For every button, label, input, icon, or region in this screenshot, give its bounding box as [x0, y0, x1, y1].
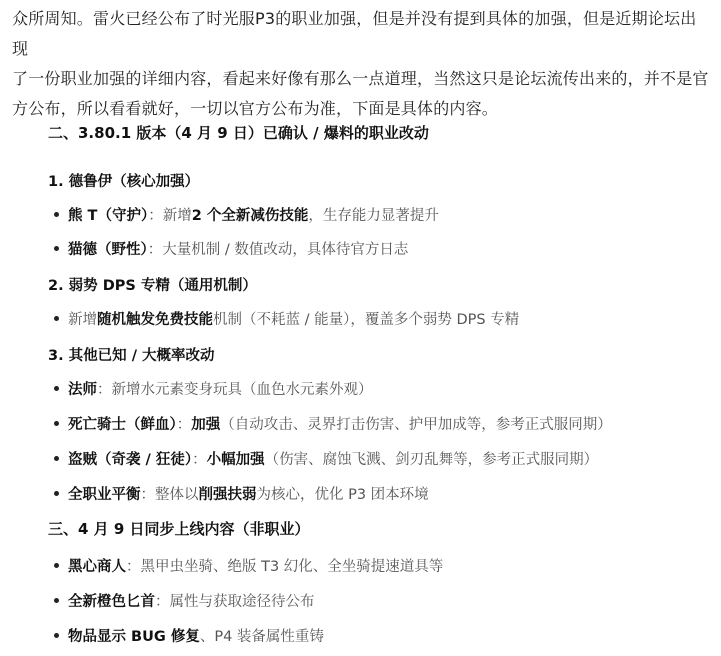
section-2-heading: 二、3.80.1 版本（4 月 9 日）已确认 / 爆料的职业改动: [48, 122, 429, 143]
intro-paragraph: 众所周知。雷火已经公布了时光服P3的职业加强，但是并没有提到具体的加强，但是近期…: [12, 4, 712, 124]
bullet-icon: [54, 598, 59, 603]
list-item: 黑心商人：黑甲虫坐骑、绝版 T3 幻化、全坐骑提速道具等: [54, 555, 443, 576]
list-item: 新增随机触发免费技能机制（不耗蓝 / 能量），覆盖多个弱势 DPS 专精: [54, 308, 519, 329]
bullet-icon: [54, 491, 59, 496]
section-3-heading: 三、4 月 9 日同步上线内容（非职业）: [48, 518, 310, 539]
list-item: 猫德（野性）：大量机制 / 数值改动，具体待官方日志: [54, 238, 408, 259]
list-item: 全职业平衡：整体以削强扶弱为核心，优化 P3 团本环境: [54, 483, 429, 504]
bullet-icon: [54, 421, 59, 426]
intro-line: 众所周知。雷火已经公布了时光服P3的职业加强，但是并没有提到具体的加强，但是近期…: [12, 4, 712, 64]
bullet-icon: [54, 633, 59, 638]
intro-line: 了一份职业加强的详细内容，看起来好像有那么一点道理，当然这只是论坛流传出来的，并…: [12, 64, 712, 94]
bullet-icon: [54, 563, 59, 568]
bullet-icon: [54, 386, 59, 391]
list-item: 盗贼（奇袭 / 狂徒）：小幅加强（伤害、腐蚀飞溅、剑刃乱舞等，参考正式服同期）: [54, 448, 598, 469]
list-item: 法师：新增水元素变身玩具（血色水元素外观）: [54, 378, 373, 399]
list-item: 熊 T（守护）：新增2 个全新减伤技能，生存能力显著提升: [54, 204, 439, 225]
bullet-icon: [54, 316, 59, 321]
subsection-druid-heading: 1. 德鲁伊（核心加强）: [48, 170, 199, 191]
subsection-other-heading: 3. 其他已知 / 大概率改动: [48, 344, 215, 365]
bullet-icon: [54, 246, 59, 251]
bullet-icon: [54, 456, 59, 461]
subsection-dps-heading: 2. 弱势 DPS 专精（通用机制）: [48, 274, 257, 295]
list-item: 物品显示 BUG 修复、P4 装备属性重铸: [54, 625, 324, 646]
list-item: 死亡骑士（鲜血）：加强（自动攻击、灵界打击伤害、护甲加成等，参考正式服同期）: [54, 413, 612, 434]
intro-line: 方公布，所以看看就好，一切以官方公布为准，下面是具体的内容。: [12, 94, 712, 124]
bullet-icon: [54, 212, 59, 217]
list-item: 全新橙色匕首：属性与获取途径待公布: [54, 590, 315, 611]
